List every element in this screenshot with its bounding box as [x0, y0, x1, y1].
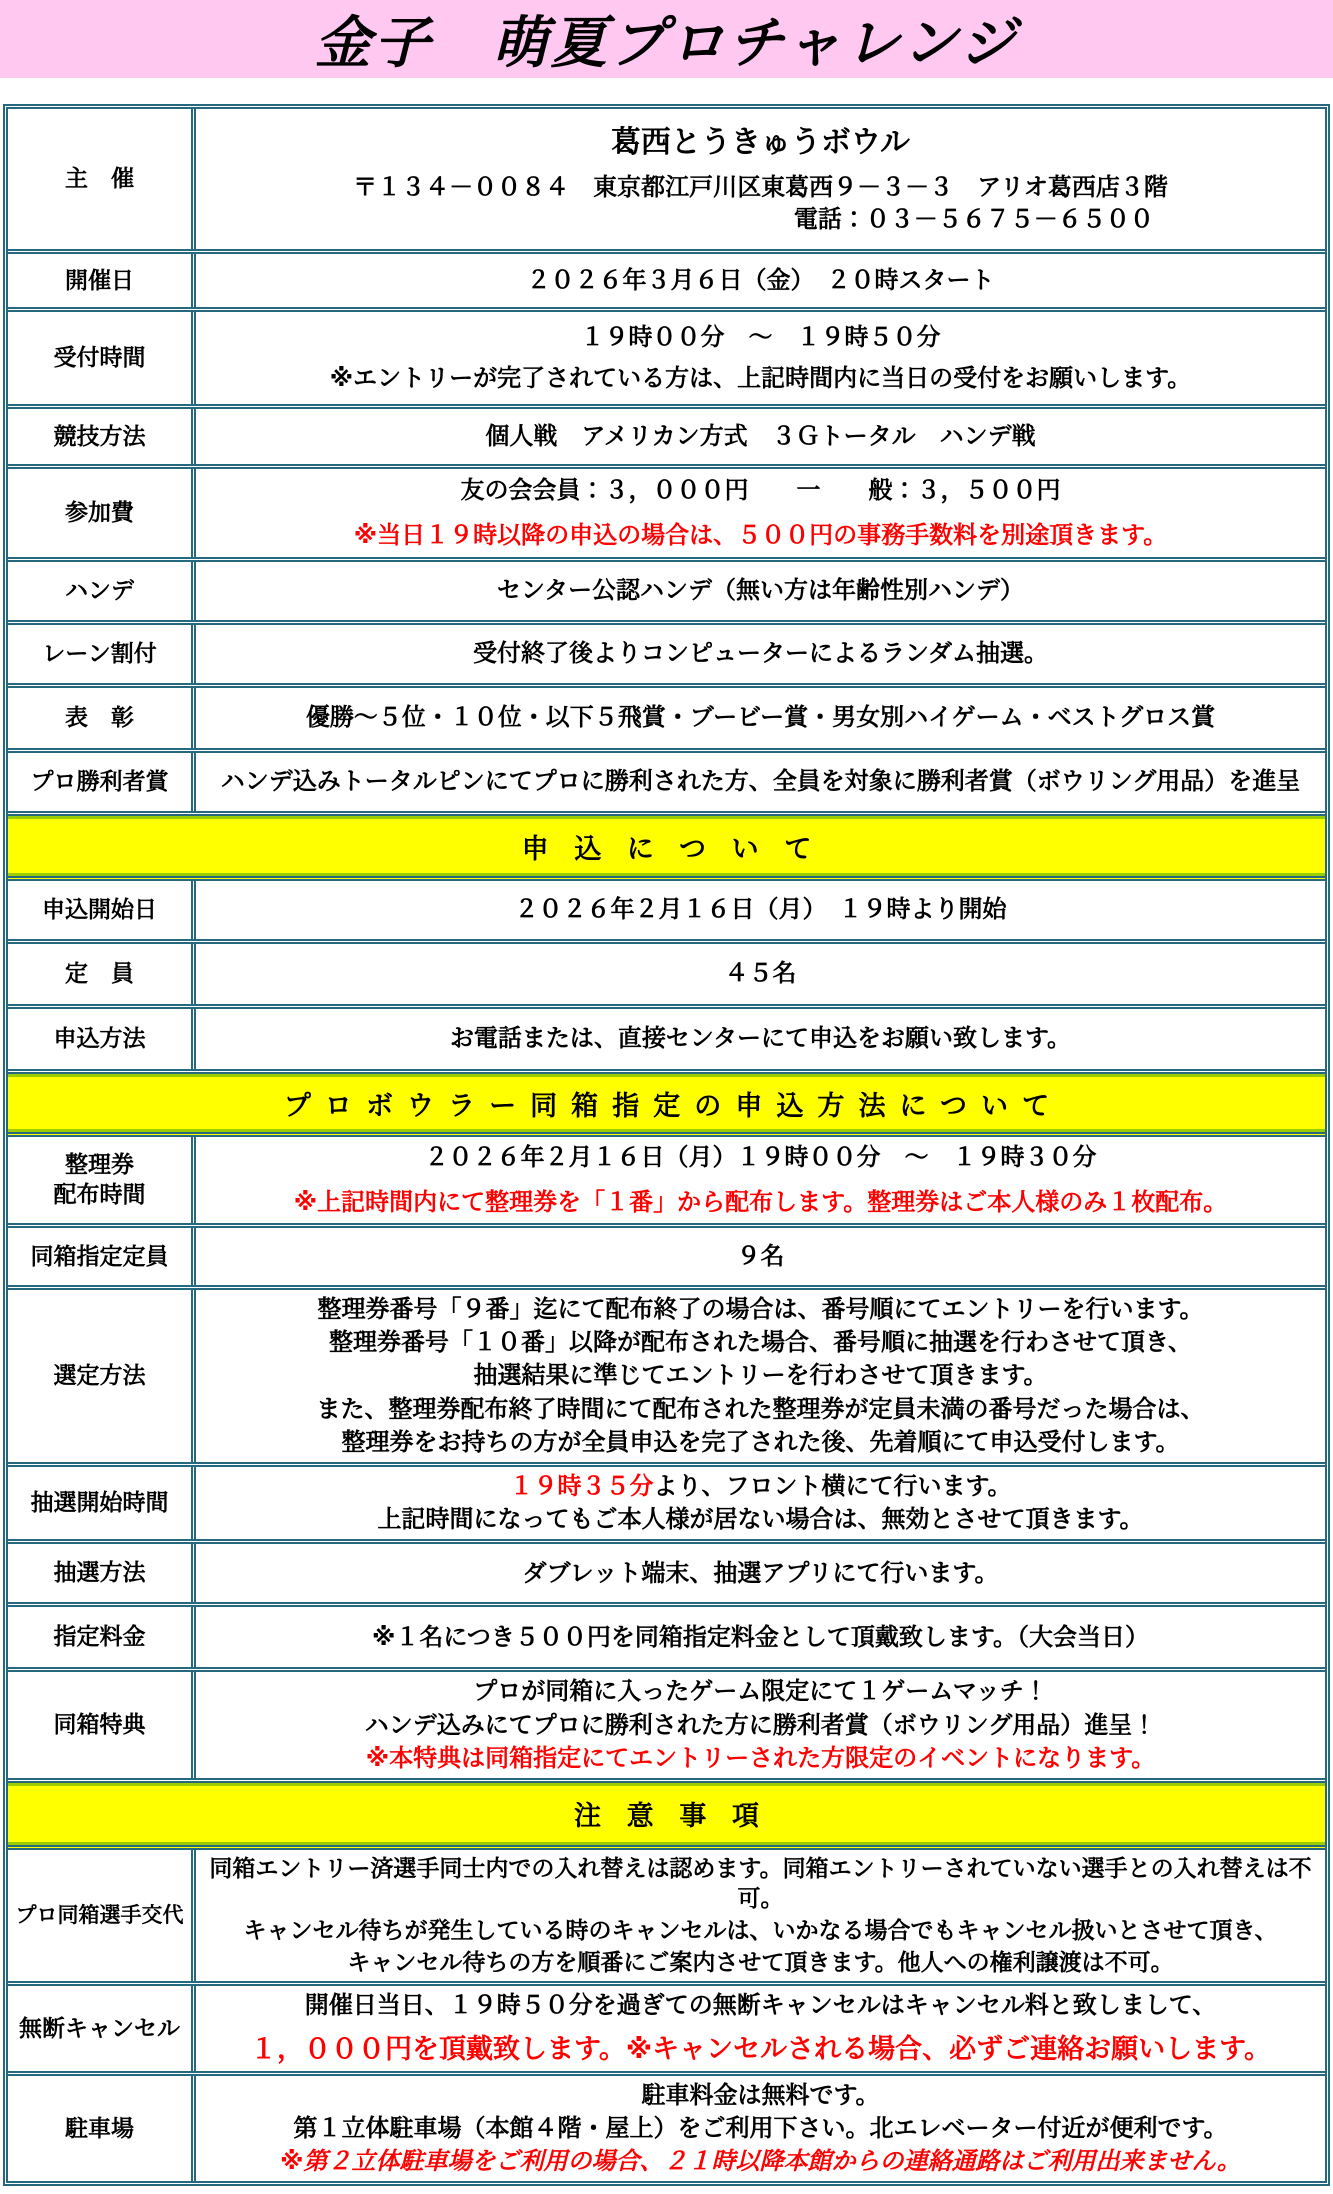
reception-time: １９時００分 ～ １９時５０分 [581, 322, 941, 353]
row-reception-time: 受付時間 １９時００分 ～ １９時５０分 ※エントリーが完了されている方は、上記… [8, 312, 1325, 409]
row-format: 競技方法 個人戦 アメリカン方式 ３Ｇトータル ハンデ戦 [8, 409, 1325, 469]
row-value: プロが同箱に入ったゲーム限定にて１ゲームマッチ！ ハンデ込みにてプロに勝利された… [196, 1672, 1325, 1778]
substitution-line: キャンセル待ちが発生している時のキャンセルは、いかなる場合でもキャンセル扱いとさ… [243, 1916, 1277, 1946]
box-bonus-note: ※本特典は同箱指定にてエントリーされた方限定のイベントになります。 [366, 1743, 1155, 1774]
row-label: 無断キャンセル [8, 1986, 196, 2070]
row-value: ２０２６年２月１６日（月） １９時より開始 [196, 881, 1325, 939]
row-box-capacity: 同箱指定定員 ９名 [8, 1228, 1325, 1290]
venue-name: 葛西とうきゅうボウル [611, 123, 910, 162]
entry-fee: 友の会会員：３，０００円 一 般：３，５００円 [461, 475, 1061, 506]
row-box-bonus: 同箱特典 プロが同箱に入ったゲーム限定にて１ゲームマッチ！ ハンデ込みにてプロに… [8, 1672, 1325, 1783]
entry-fee-note: ※当日１９時以降の申込の場合は、５００円の事務手数料を別途頂きます。 [354, 520, 1167, 551]
row-organizer: 主 催 葛西とうきゅうボウル 〒１３４－００８４ 東京都江戸川区東葛西９－３－３… [8, 109, 1325, 254]
row-value: ２０２６年３月６日（金） ２０時スタート [196, 254, 1325, 307]
row-value: ９名 [196, 1228, 1325, 1285]
no-show-note: １，０００円を頂戴致します。※キャンセルされる場合、必ずご連絡お願いします。 [250, 2032, 1271, 2067]
ticket-time: ２０２６年２月１６日（月）１９時００分 ～ １９時３０分 [425, 1142, 1097, 1173]
row-label: 参加費 [8, 469, 196, 557]
lottery-start-note: 上記時間になってもご本人様が居ない場合は、無効とさせて頂きます。 [377, 1504, 1143, 1535]
selection-line: 整理券をお持ちの方が全員申込を完了された後、先着順にて申込受付します。 [341, 1427, 1179, 1458]
substitution-line: キャンセル待ちの方を順番にご案内させて頂きます。他人への権利譲渡は不可。 [347, 1948, 1173, 1978]
row-label: ハンデ [8, 562, 196, 620]
venue-phone: 電話：０３－５６７５－６５００ [353, 204, 1168, 235]
selection-line: 整理券番号「１０番」以降が配布された場合、番号順に抽選を行わさせて頂き、 [329, 1327, 1192, 1358]
row-handicap: ハンデ センター公認ハンデ（無い方は年齢性別ハンデ） [8, 562, 1325, 625]
row-ticket-distribution: 整理券 配布時間 ２０２６年２月１６日（月）１９時００分 ～ １９時３０分 ※上… [8, 1137, 1325, 1228]
row-label: 申込方法 [8, 1009, 196, 1069]
box-bonus-line: ハンデ込みにてプロに勝利された方に勝利者賞（ボウリング用品）進呈！ [365, 1710, 1157, 1741]
lottery-start-time-red: １９時３５分 [509, 1473, 653, 1500]
parking-line: 第１立体駐車場（本館４階・屋上）をご利用下さい。北エレベーター付近が便利です。 [293, 2113, 1227, 2144]
row-label: 受付時間 [8, 312, 196, 404]
row-label: 表 彰 [8, 688, 196, 748]
ticket-note: ※上記時間内にて整理券を「１番」から配布します。整理券はご本人様のみ１枚配布。 [294, 1187, 1227, 1218]
section-band-notice: 注意事項 [8, 1783, 1325, 1850]
row-label: レーン割付 [8, 625, 196, 683]
selection-line: 整理券番号「９番」迄にて配布終了の場合は、番号順にてエントリーを行います。 [317, 1294, 1203, 1325]
designation-fee: ※１名につき５００円を同箱指定料金として頂戴致します。（大会当日） [372, 1622, 1149, 1653]
row-apply-start: 申込開始日 ２０２６年２月１６日（月） １９時より開始 [8, 881, 1325, 944]
row-awards: 表 彰 優勝～５位・１０位・以下５飛賞・ブービー賞・男女別ハイゲーム・ベストグロ… [8, 688, 1325, 753]
reception-note: ※エントリーが完了されている方は、上記時間内に当日の受付をお願いします。 [330, 363, 1191, 394]
row-label: 選定方法 [8, 1290, 196, 1462]
row-value: 葛西とうきゅうボウル 〒１３４－００８４ 東京都江戸川区東葛西９－３－３ アリオ… [196, 109, 1325, 249]
box-capacity-value: ９名 [737, 1241, 785, 1272]
row-label: 整理券 配布時間 [8, 1137, 196, 1223]
row-parking: 駐車場 駐車料金は無料です。 第１立体駐車場（本館４階・屋上）をご利用下さい。北… [8, 2076, 1325, 2182]
row-designation-fee: 指定料金 ※１名につき５００円を同箱指定料金として頂戴致します。（大会当日） [8, 1607, 1325, 1672]
venue-address: 〒１３４－００８４ 東京都江戸川区東葛西９－３－３ アリオ葛西店３階 [353, 172, 1168, 203]
row-value: お電話または、直接センターにて申込をお願い致します。 [196, 1009, 1325, 1069]
row-label: プロ同箱選手交代 [8, 1850, 196, 1982]
row-value: 友の会会員：３，０００円 一 般：３，５００円 ※当日１９時以降の申込の場合は、… [196, 469, 1325, 557]
row-fee: 参加費 友の会会員：３，０００円 一 般：３，５００円 ※当日１９時以降の申込の… [8, 469, 1325, 562]
row-label: 駐車場 [8, 2076, 196, 2182]
band-notice-title: 注意事項 [548, 1794, 784, 1833]
row-label: 同箱指定定員 [8, 1228, 196, 1285]
row-pro-winner-prize: プロ勝利者賞 ハンデ込みトータルピンにてプロに勝利された方、全員を対象に勝利者賞… [8, 753, 1325, 816]
row-label: 抽選方法 [8, 1544, 196, 1602]
row-value: センター公認ハンデ（無い方は年齢性別ハンデ） [196, 562, 1325, 620]
row-label: プロ勝利者賞 [8, 753, 196, 811]
lane-assignment: 受付終了後よりコンピューターによるランダム抽選。 [473, 638, 1048, 669]
row-date: 開催日 ２０２６年３月６日（金） ２０時スタート [8, 254, 1325, 312]
row-value: ２０２６年２月１６日（月）１９時００分 ～ １９時３０分 ※上記時間内にて整理券… [196, 1137, 1325, 1223]
row-value: ハンデ込みトータルピンにてプロに勝利された方、全員を対象に勝利者賞（ボウリング用… [196, 753, 1325, 811]
substitution-line: 同箱エントリー済選手同士内での入れ替えは認めます。同箱エントリーされていない選手… [204, 1854, 1317, 1914]
lottery-method: ダブレット端末、抽選アプリにて行います。 [523, 1558, 999, 1589]
row-lane-assignment: レーン割付 受付終了後よりコンピューターによるランダム抽選。 [8, 625, 1325, 688]
row-value: ダブレット端末、抽選アプリにて行います。 [196, 1544, 1325, 1602]
row-no-show-cancel: 無断キャンセル 開催日当日、１９時５０分を過ぎての無断キャンセルはキャンセル料と… [8, 1986, 1325, 2075]
no-show-line: 開催日当日、１９時５０分を過ぎての無断キャンセルはキャンセル料と致しまして、 [305, 1990, 1217, 2021]
capacity-value: ４５名 [725, 958, 797, 989]
row-label: 競技方法 [8, 409, 196, 464]
band-apply-title: 申込について [496, 827, 837, 866]
competition-format: 個人戦 アメリカン方式 ３Ｇトータル ハンデ戦 [485, 421, 1035, 452]
row-value: 駐車料金は無料です。 第１立体駐車場（本館４階・屋上）をご利用下さい。北エレベー… [196, 2076, 1325, 2182]
event-date: ２０２６年３月６日（金） ２０時スタート [527, 265, 995, 296]
row-label: 同箱特典 [8, 1672, 196, 1778]
row-value: 開催日当日、１９時５０分を過ぎての無断キャンセルはキャンセル料と致しまして、 １… [196, 1986, 1325, 2070]
venue-address-block: 〒１３４－００８４ 東京都江戸川区東葛西９－３－３ アリオ葛西店３階 電話：０３… [353, 172, 1168, 234]
row-value: 受付終了後よりコンピューターによるランダム抽選。 [196, 625, 1325, 683]
box-bonus-line: プロが同箱に入ったゲーム限定にて１ゲームマッチ！ [473, 1676, 1048, 1707]
row-value: ４５名 [196, 944, 1325, 1004]
apply-method: お電話または、直接センターにて申込をお願い致します。 [450, 1023, 1071, 1054]
row-capacity: 定 員 ４５名 [8, 944, 1325, 1009]
row-value: ※１名につき５００円を同箱指定料金として頂戴致します。（大会当日） [196, 1607, 1325, 1667]
row-apply-method: 申込方法 お電話または、直接センターにて申込をお願い致します。 [8, 1009, 1325, 1074]
band-probox-title: プロボウラー同箱指定の申込方法について [270, 1084, 1063, 1123]
row-value: １９時３５分より、フロント横にて行います。 上記時間になってもご本人様が居ない場… [196, 1467, 1325, 1539]
handicap-rule: センター公認ハンデ（無い方は年齢性別ハンデ） [497, 575, 1024, 606]
row-value: 整理券番号「９番」迄にて配布終了の場合は、番号順にてエントリーを行います。 整理… [196, 1290, 1325, 1462]
section-band-apply: 申込について [8, 816, 1325, 881]
row-label: 申込開始日 [8, 881, 196, 939]
row-value: 個人戦 アメリカン方式 ３Ｇトータル ハンデ戦 [196, 409, 1325, 464]
pro-winner-prize: ハンデ込みトータルピンにてプロに勝利された方、全員を対象に勝利者賞（ボウリング用… [221, 766, 1301, 797]
selection-line: また、整理券配布終了時間にて配布された整理券が定員未満の番号だった場合は、 [317, 1394, 1205, 1425]
lottery-start-time: １９時３５分より、フロント横にて行います。 [509, 1471, 1011, 1502]
row-value: １９時００分 ～ １９時５０分 ※エントリーが完了されている方は、上記時間内に当… [196, 312, 1325, 404]
parking-note: ※第２立体駐車場をご利用の場合、２１時以降本館からの連絡通路はご利用出来ません。 [280, 2146, 1241, 2177]
row-value: 優勝～５位・１０位・以下５飛賞・ブービー賞・男女別ハイゲーム・ベストグロス賞 [196, 688, 1325, 748]
row-label: 開催日 [8, 254, 196, 307]
selection-line: 抽選結果に準じてエントリーを行わさせて頂きます。 [473, 1360, 1047, 1391]
apply-start-date: ２０２６年２月１６日（月） １９時より開始 [515, 894, 1007, 925]
page-title: 金子 萌夏プロチャレンジ [315, 0, 1019, 79]
awards-list: 優勝～５位・１０位・以下５飛賞・ブービー賞・男女別ハイゲーム・ベストグロス賞 [306, 702, 1215, 733]
row-label: 抽選開始時間 [8, 1467, 196, 1539]
row-value: 同箱エントリー済選手同士内での入れ替えは認めます。同箱エントリーされていない選手… [196, 1850, 1325, 1982]
section-band-probox: プロボウラー同箱指定の申込方法について [8, 1074, 1325, 1137]
title-banner: 金子 萌夏プロチャレンジ [0, 0, 1333, 78]
row-label: 主 催 [8, 109, 196, 249]
row-label: 定 員 [8, 944, 196, 1004]
event-info-table: 主 催 葛西とうきゅうボウル 〒１３４－００８４ 東京都江戸川区東葛西９－３－３… [3, 104, 1330, 2186]
row-lottery-method: 抽選方法 ダブレット端末、抽選アプリにて行います。 [8, 1544, 1325, 1607]
parking-line: 駐車料金は無料です。 [641, 2080, 879, 2111]
row-selection-method: 選定方法 整理券番号「９番」迄にて配布終了の場合は、番号順にてエントリーを行いま… [8, 1290, 1325, 1467]
row-substitution: プロ同箱選手交代 同箱エントリー済選手同士内での入れ替えは認めます。同箱エントリ… [8, 1850, 1325, 1987]
lottery-start-time-rest: より、フロント横にて行います。 [653, 1473, 1011, 1500]
row-label: 指定料金 [8, 1607, 196, 1667]
row-lottery-start: 抽選開始時間 １９時３５分より、フロント横にて行います。 上記時間になってもご本… [8, 1467, 1325, 1544]
